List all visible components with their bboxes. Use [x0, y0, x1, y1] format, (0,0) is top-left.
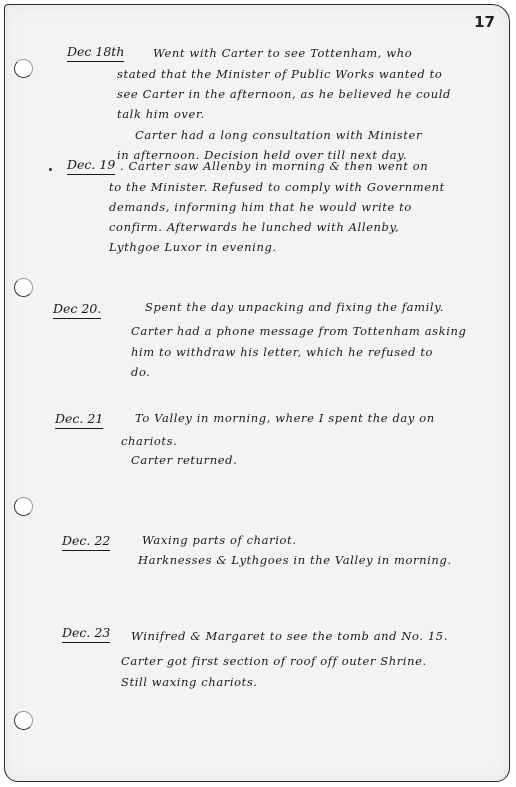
entry-date: Dec. 22 [62, 533, 110, 551]
punch-hole [14, 497, 33, 516]
page-number: 17 [474, 13, 495, 31]
entry-line: do. [131, 367, 151, 379]
entry-line: Waxing parts of chariot. [142, 535, 296, 547]
entry-line: talk him over. [117, 109, 205, 121]
entry-line: Winifred & Margaret to see the tomb and … [131, 631, 448, 643]
entry-line: Went with Carter to see Tottenham, who [153, 48, 412, 60]
entry-line: Carter had a phone message from Tottenha… [131, 326, 466, 338]
entry-line: chariots. [121, 436, 177, 448]
entry-line: Spent the day unpacking and fixing the f… [145, 302, 444, 314]
entry-date: Dec. 23 [62, 625, 110, 643]
entry-line: him to withdraw his letter, which he ref… [131, 347, 433, 359]
entry-line: To Valley in morning, where I spent the … [135, 413, 435, 425]
punch-hole [14, 59, 33, 78]
entry-line: Carter got first section of roof off out… [121, 656, 427, 668]
entry-date: Dec 20. [53, 301, 101, 319]
punch-hole [14, 711, 33, 730]
punch-hole [14, 278, 33, 297]
ink-mark [49, 168, 52, 171]
entry-date: Dec. 19 [67, 157, 115, 175]
entry-line: Still waxing chariots. [121, 677, 258, 689]
entry-line: stated that the Minister of Public Works… [117, 69, 442, 81]
journal-page: 17 Dec 18th Went with Carter to see Tott… [4, 4, 510, 782]
entry-line: Carter returned. [131, 455, 237, 467]
entry-line: Harknesses & Lythgoes in the Valley in m… [138, 555, 452, 567]
entry-line: Carter had a long consultation with Mini… [135, 130, 422, 142]
entry-line: demands, informing him that he would wri… [109, 202, 412, 214]
entry-line: see Carter in the afternoon, as he belie… [117, 89, 451, 101]
entry-date: Dec 18th [67, 44, 124, 62]
entry-line: . Carter saw Allenby in morning & then w… [120, 161, 428, 173]
entry-date: Dec. 21 [55, 411, 103, 429]
entry-line: Lythgoe Luxor in evening. [109, 242, 277, 254]
entry-line: to the Minister. Refused to comply with … [109, 182, 445, 194]
entry-line: confirm. Afterwards he lunched with Alle… [109, 222, 399, 234]
